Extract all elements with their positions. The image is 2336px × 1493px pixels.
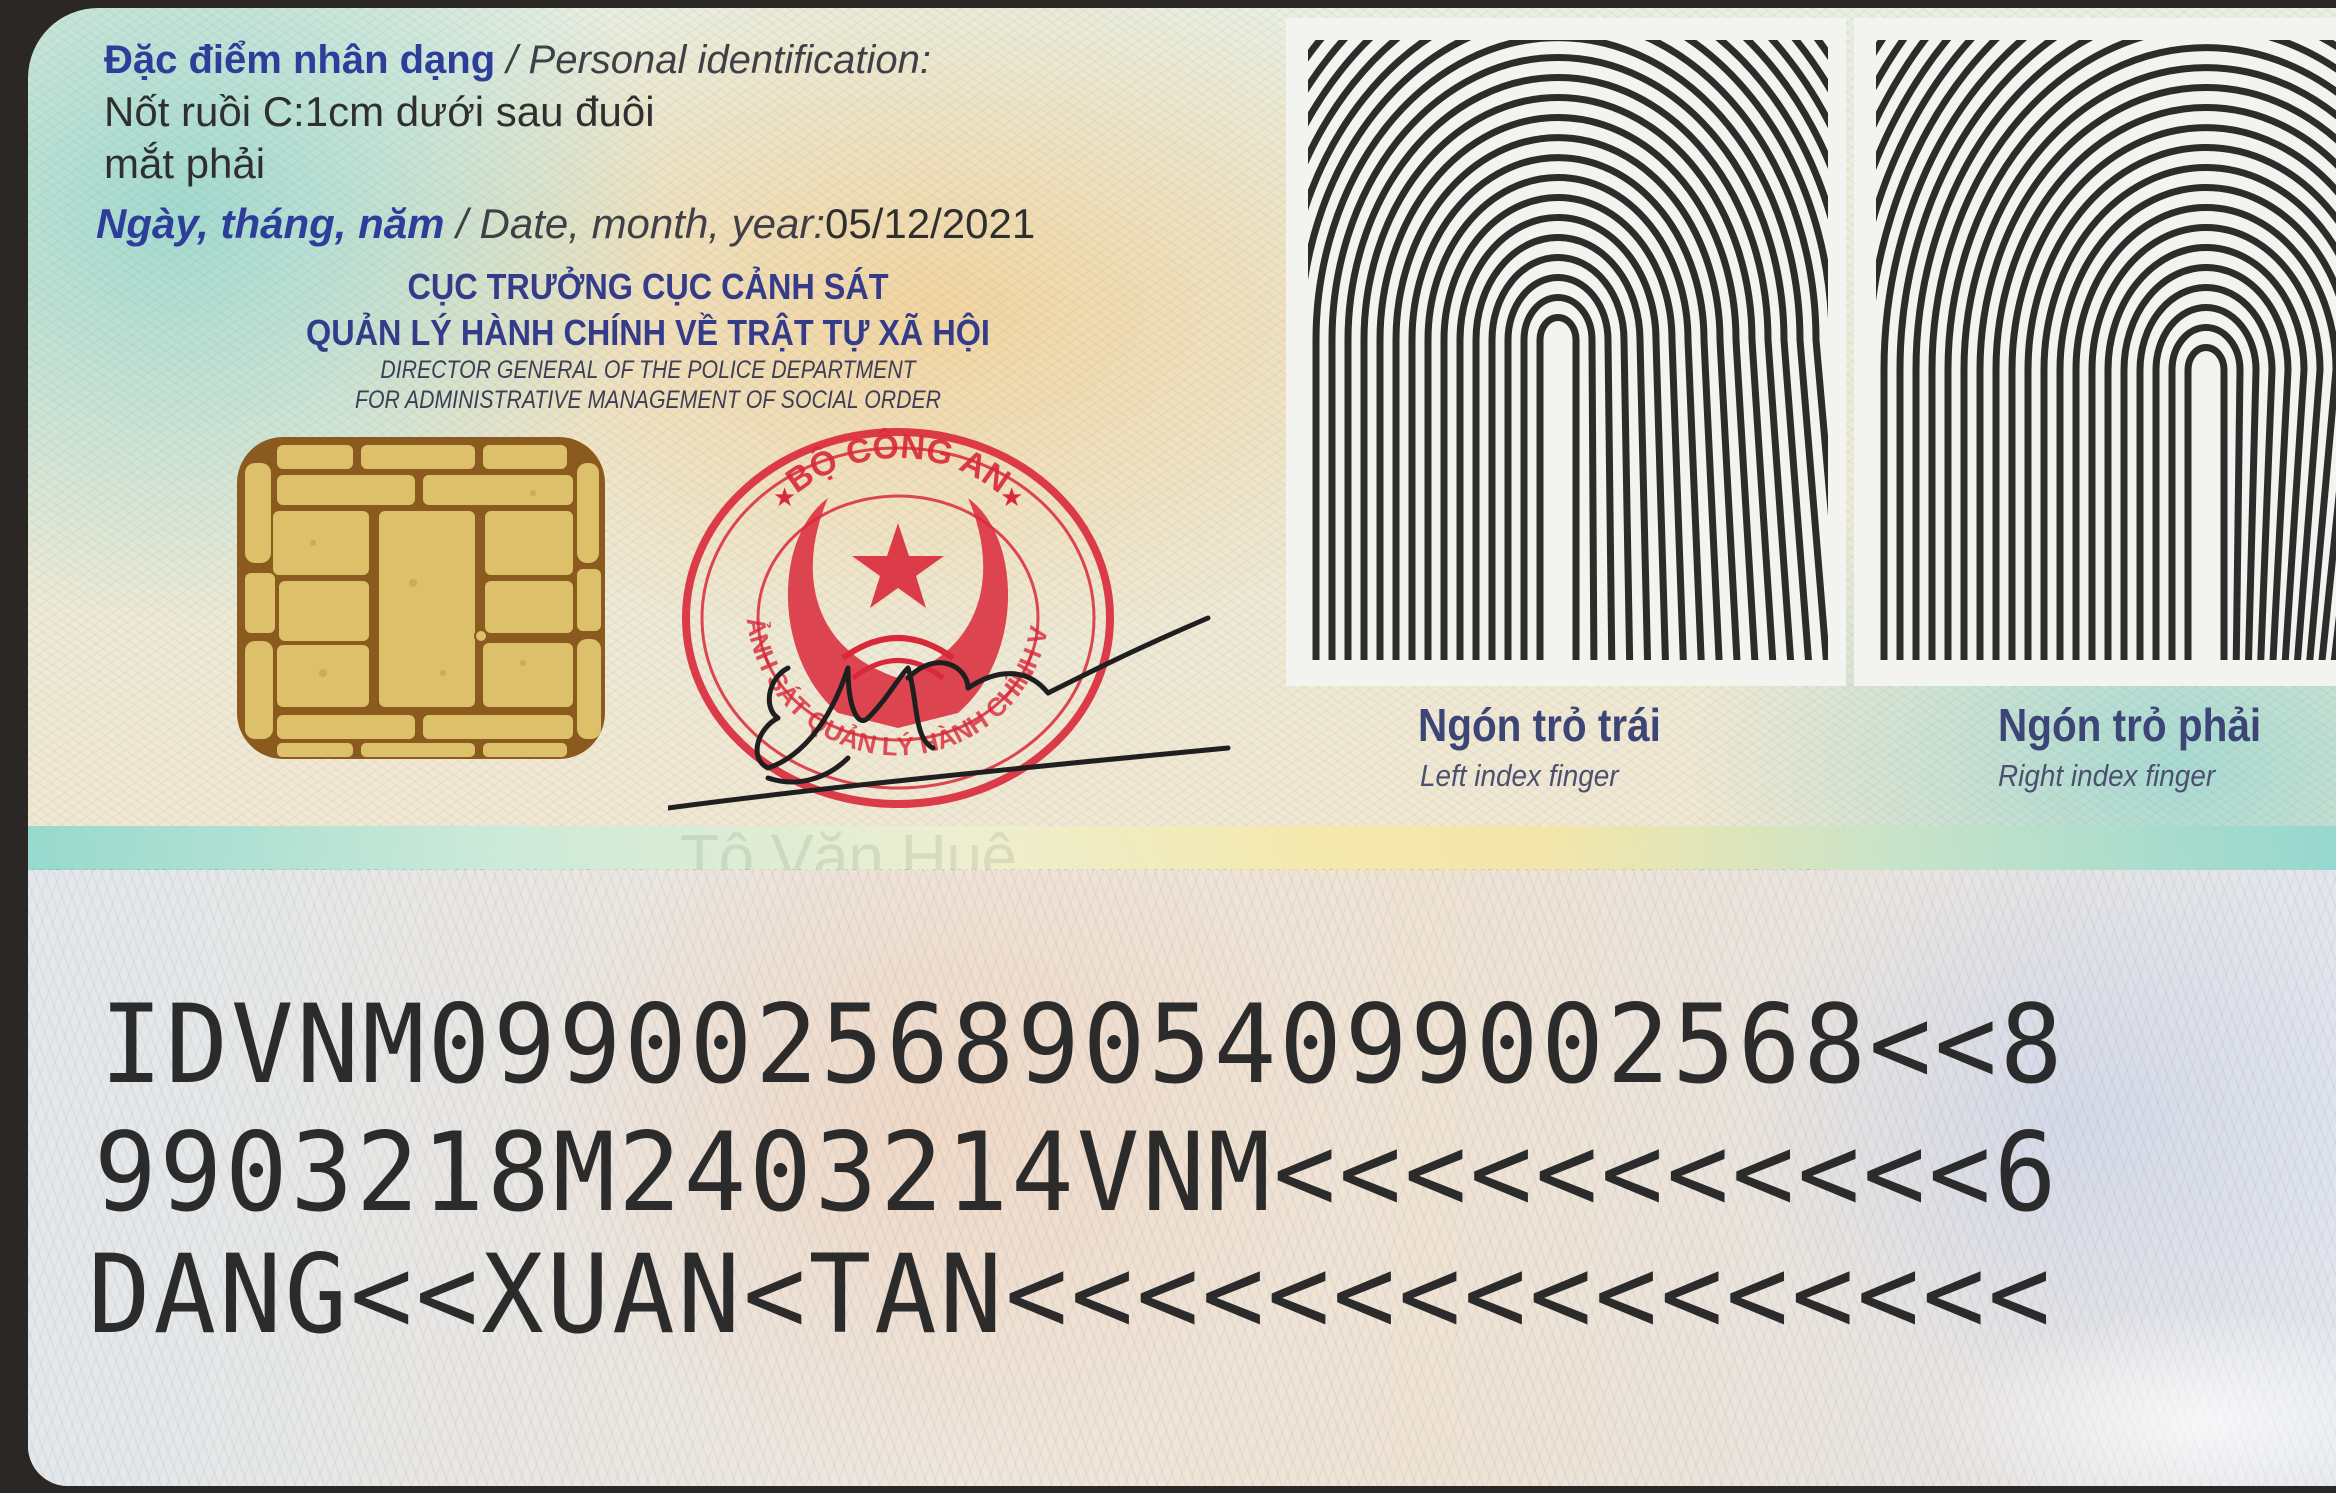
identifying-features-label-en: Personal identification: [529,38,931,82]
authority-title-vi-line2: QUẢN LÝ HÀNH CHÍNH VỀ TRẬT TỰ XÃ HỘI [108,312,1188,354]
mrz-line-2: 9903218M2403214VNM<<<<<<<<<<<6 [94,1108,2059,1236]
right-index-fingerprint [1854,18,2336,686]
left-finger-label-vi: Ngón trỏ trái [1418,698,1661,752]
authority-title-en-line1: DIRECTOR GENERAL OF THE POLICE DEPARTMEN… [138,356,1158,385]
identifying-features-label: Đặc điểm nhân dạng / Personal identifica… [104,38,931,83]
identifying-features-label-vi: Đặc điểm nhân dạng [104,38,495,82]
smart-chip-icon [233,433,609,763]
issue-date-label-vi: Ngày, tháng, năm [96,200,445,247]
fingerprint-icon [1308,40,1828,660]
left-finger-label-en: Left index finger [1420,758,1619,794]
label-separator: / [445,200,480,247]
svg-text:★: ★ [1000,482,1023,512]
right-finger-label-en: Right index finger [1998,758,2215,794]
security-band [28,826,2336,872]
svg-text:BỘ CÔNG AN: BỘ CÔNG AN [779,428,1017,500]
right-finger-label-vi: Ngón trỏ phải [1998,698,2261,752]
label-separator: / [495,38,528,82]
identifying-features-value-line1: Nốt ruồi C:1cm dưới sau đuôi [104,88,655,136]
left-index-fingerprint [1286,18,1846,686]
signature-icon [668,608,1288,818]
authority-title-vi-line1: CỤC TRƯỞNG CỤC CẢNH SÁT [108,266,1188,308]
mrz-line-1: IDVNM0990025689054099002568<<8 [100,980,2065,1108]
identifying-features-value-line2: mắt phải [104,140,265,188]
authority-title-en-line2: FOR ADMINISTRATIVE MANAGEMENT OF SOCIAL … [138,386,1158,415]
issue-date-value: 05/12/2021 [825,200,1035,247]
issue-date-label-en: Date, month, year: [480,200,826,247]
fingerprint-icon [1876,40,2336,660]
svg-text:★: ★ [773,482,796,512]
light-glare [1928,1308,2336,1486]
issue-date-row: Ngày, tháng, năm / Date, month, year:05/… [96,200,1035,248]
mrz-line-3: DANG<<XUAN<TAN<<<<<<<<<<<<<<<< [88,1230,2053,1358]
id-card-back: Đặc điểm nhân dạng / Personal identifica… [28,8,2336,1486]
